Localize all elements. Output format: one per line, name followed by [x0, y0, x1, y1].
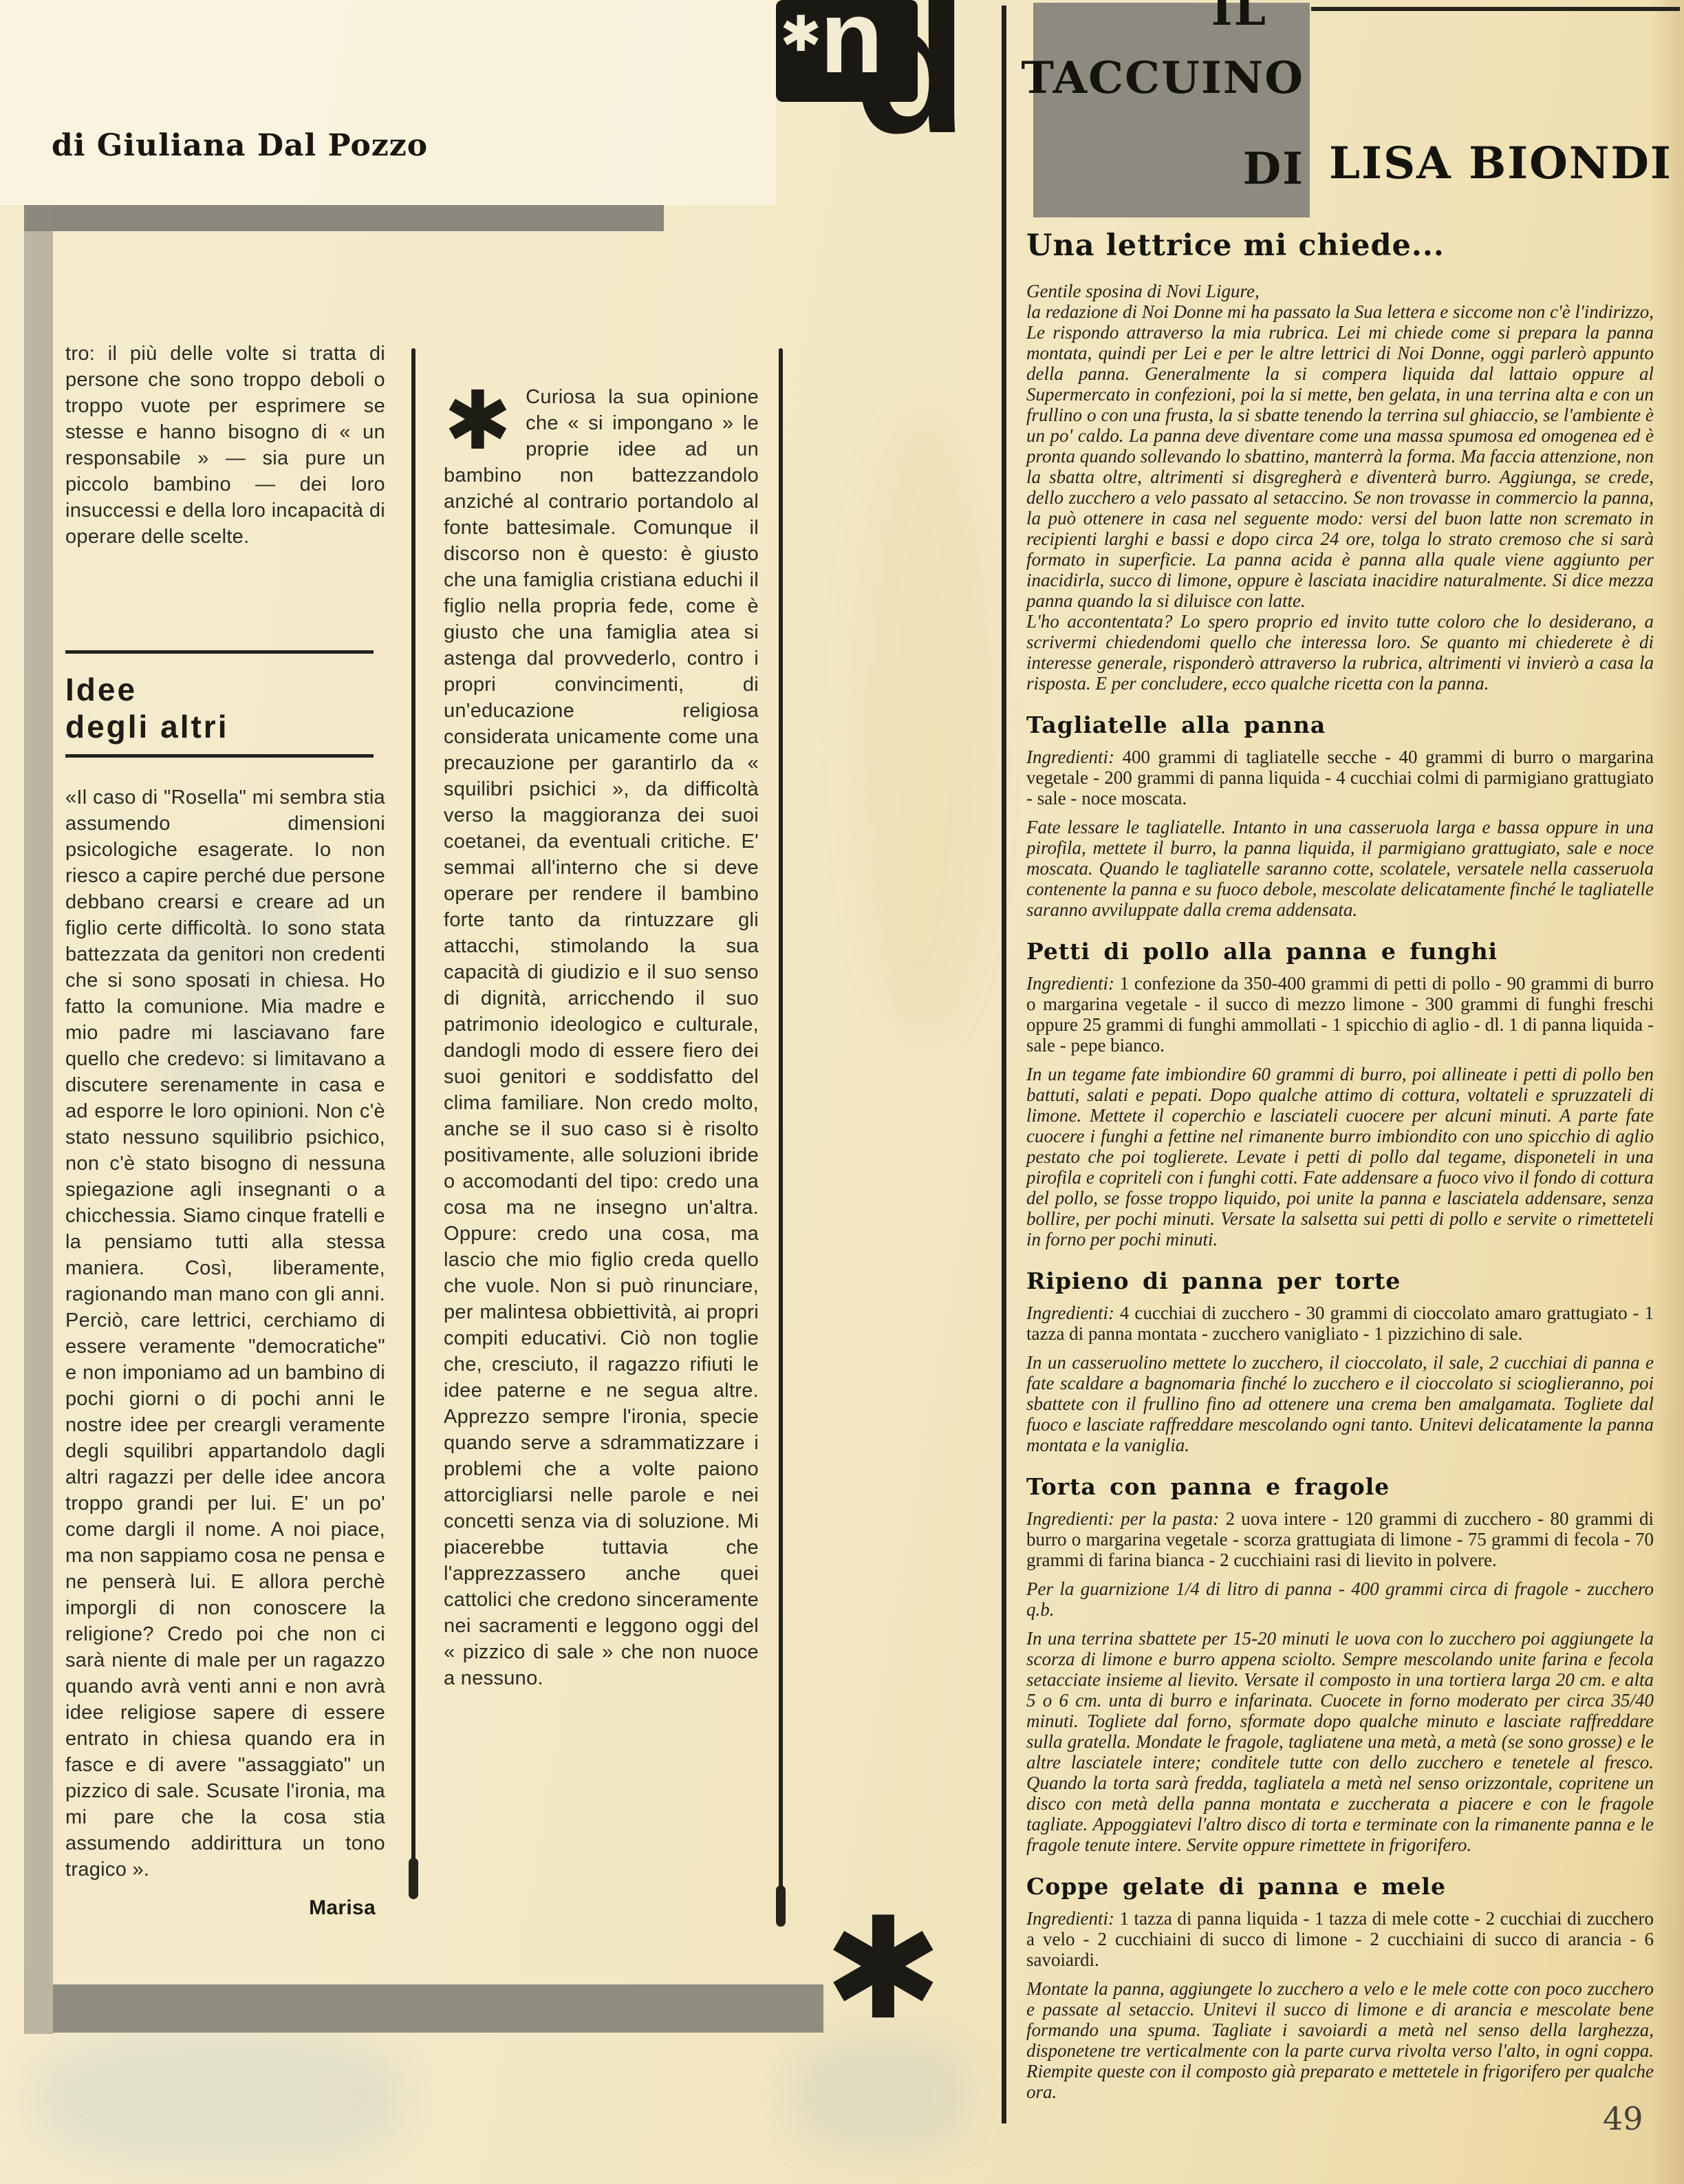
section-rule-bottom — [65, 754, 374, 758]
ingredients-text: 4 cucchiai di zucchero - 30 grammi di ci… — [1026, 1303, 1654, 1344]
noidonne-logo: d ✱ n — [776, 0, 982, 179]
masthead-di: DI — [1243, 143, 1304, 195]
quote-signature: Marisa — [65, 1895, 385, 1921]
magazine-page: di Giuliana Dal Pozzo d ✱ n tro: il più … — [0, 0, 1684, 2184]
recipe-coppe-gelate: Coppe gelate di panna e mele Ingredienti… — [1026, 1873, 1654, 2102]
left-intro-paragraph: tro: il più delle volte si tratta di per… — [65, 341, 385, 550]
recipe-ingredients: Ingredienti: per la pasta: 2 uova intere… — [1026, 1508, 1654, 1570]
ingredients-label: Ingredienti: — [1026, 747, 1114, 767]
bottom-gray-bar — [53, 1984, 823, 2033]
left-column-intro: tro: il più delle volte si tratta di per… — [65, 341, 385, 550]
letter-body: la redazione di Noi Donne mi ha passato … — [1026, 301, 1654, 611]
recipe-method: In un casseruolino mettete lo zucchero, … — [1026, 1352, 1654, 1455]
divider-middle-right — [779, 348, 783, 1896]
section-title-line2: degli altri — [65, 708, 228, 745]
recipe-torta: Torta con panna e fragole Ingredienti: p… — [1026, 1473, 1654, 1855]
ingredients-label: Ingredienti: — [1026, 1303, 1114, 1323]
paper-light-band — [0, 0, 776, 205]
paper-stain — [860, 413, 984, 1032]
asterisk-icon: ✱ — [824, 1901, 942, 2038]
masthead-kicker: IL — [1211, 0, 1267, 36]
byline: di Giuliana Dal Pozzo — [52, 128, 428, 163]
divider-left-end-blob — [409, 1858, 418, 1899]
rubric-title: Una lettrice mi chiede... — [1026, 228, 1654, 263]
paper-edge-shadow — [1650, 0, 1684, 2184]
recipe-ingredients: Ingredienti: 1 confezione da 350-400 gra… — [1026, 973, 1654, 1056]
recipe-ingredients: Ingredienti: 1 tazza di panna liquida - … — [1026, 1908, 1654, 1970]
ingredients-label: Ingredienti: — [1026, 973, 1114, 994]
section-rule-top — [65, 650, 374, 654]
ingredients-text: 400 grammi di tagliatelle secche - 40 gr… — [1026, 747, 1654, 809]
asterisk-icon: ✱ — [444, 388, 512, 454]
recipe-ripieno: Ripieno di panna per torte Ingredienti: … — [1026, 1267, 1654, 1455]
top-right-rule — [1311, 7, 1680, 11]
masthead-box: IL TACCUINO DI — [1033, 3, 1310, 217]
letter-salutation: Gentile sposina di Novi Ligure, — [1026, 281, 1654, 301]
asterisk-icon: ✱ — [780, 10, 821, 59]
reply-letter: Gentile sposina di Novi Ligure, la redaz… — [1026, 281, 1654, 694]
section-title-line1: Idee — [65, 671, 228, 708]
reader-letter-quote: «Il caso di "Rosella" mi sembra stia ass… — [65, 784, 385, 1921]
recipe-petti-di-pollo: Petti di pollo alla panna e funghi Ingre… — [1026, 938, 1654, 1250]
recipe-method: Montate la panna, aggiungete lo zucchero… — [1026, 1978, 1654, 2102]
ingredients-text: 1 confezione da 350-400 grammi di petti … — [1026, 973, 1654, 1056]
comment-paragraph: ✱Curiosa la sua opinione che « si impong… — [444, 384, 759, 1691]
quote-paragraph: «Il caso di "Rosella" mi sembra stia ass… — [65, 784, 385, 1883]
ghost-showthrough — [791, 2037, 970, 2154]
middle-column-comment: ✱Curiosa la sua opinione che « si impong… — [444, 384, 759, 1691]
top-gray-bar — [24, 205, 664, 231]
recipe-tagliatelle: Tagliatelle alla panna Ingredienti: 400 … — [1026, 711, 1654, 920]
page-number: 49 — [1603, 2100, 1643, 2137]
masthead-title: TACCUINO — [1021, 52, 1304, 104]
recipe-ingredients: Ingredienti: 4 cucchiai di zucchero - 30… — [1026, 1303, 1654, 1344]
section-title: Idee degli altri — [65, 671, 228, 745]
recipe-title: Torta con panna e fragole — [1026, 1473, 1654, 1500]
masthead-author: LISA BIONDI — [1329, 138, 1672, 189]
recipe-title: Ripieno di panna per torte — [1026, 1267, 1654, 1294]
ghost-showthrough — [34, 2030, 406, 2167]
divider-left-middle — [411, 348, 415, 1869]
recipe-garnish: Per la guarnizione 1/4 di litro di panna… — [1026, 1578, 1654, 1620]
right-column: Una lettrice mi chiede... Gentile sposin… — [1026, 228, 1654, 2110]
page-center-divider — [1002, 6, 1006, 2123]
logo-letter-n: n — [820, 0, 883, 88]
ingredients-label: Ingredienti: per la pasta: — [1026, 1508, 1219, 1529]
recipe-method: In una terrina sbattete per 15-20 minuti… — [1026, 1628, 1654, 1855]
comment-text: Curiosa la sua opinione che « si imponga… — [444, 386, 759, 1689]
divider-middle-end-blob — [776, 1885, 786, 1927]
ingredients-label: Ingredienti: — [1026, 1908, 1114, 1929]
letter-body: L'ho accontentata? Lo spero proprio ed i… — [1026, 611, 1654, 694]
recipe-title: Coppe gelate di panna e mele — [1026, 1873, 1654, 1900]
recipe-title: Tagliatelle alla panna — [1026, 711, 1654, 738]
left-gray-strip — [24, 205, 53, 2034]
recipe-ingredients: Ingredienti: 400 grammi di tagliatelle s… — [1026, 747, 1654, 809]
ingredients-text: 1 tazza di panna liquida - 1 tazza di me… — [1026, 1908, 1654, 1970]
recipe-method: In un tegame fate imbiondire 60 grammi d… — [1026, 1064, 1654, 1250]
recipe-title: Petti di pollo alla panna e funghi — [1026, 938, 1654, 965]
recipe-method: Fate lessare le tagliatelle. Intanto in … — [1026, 817, 1654, 920]
